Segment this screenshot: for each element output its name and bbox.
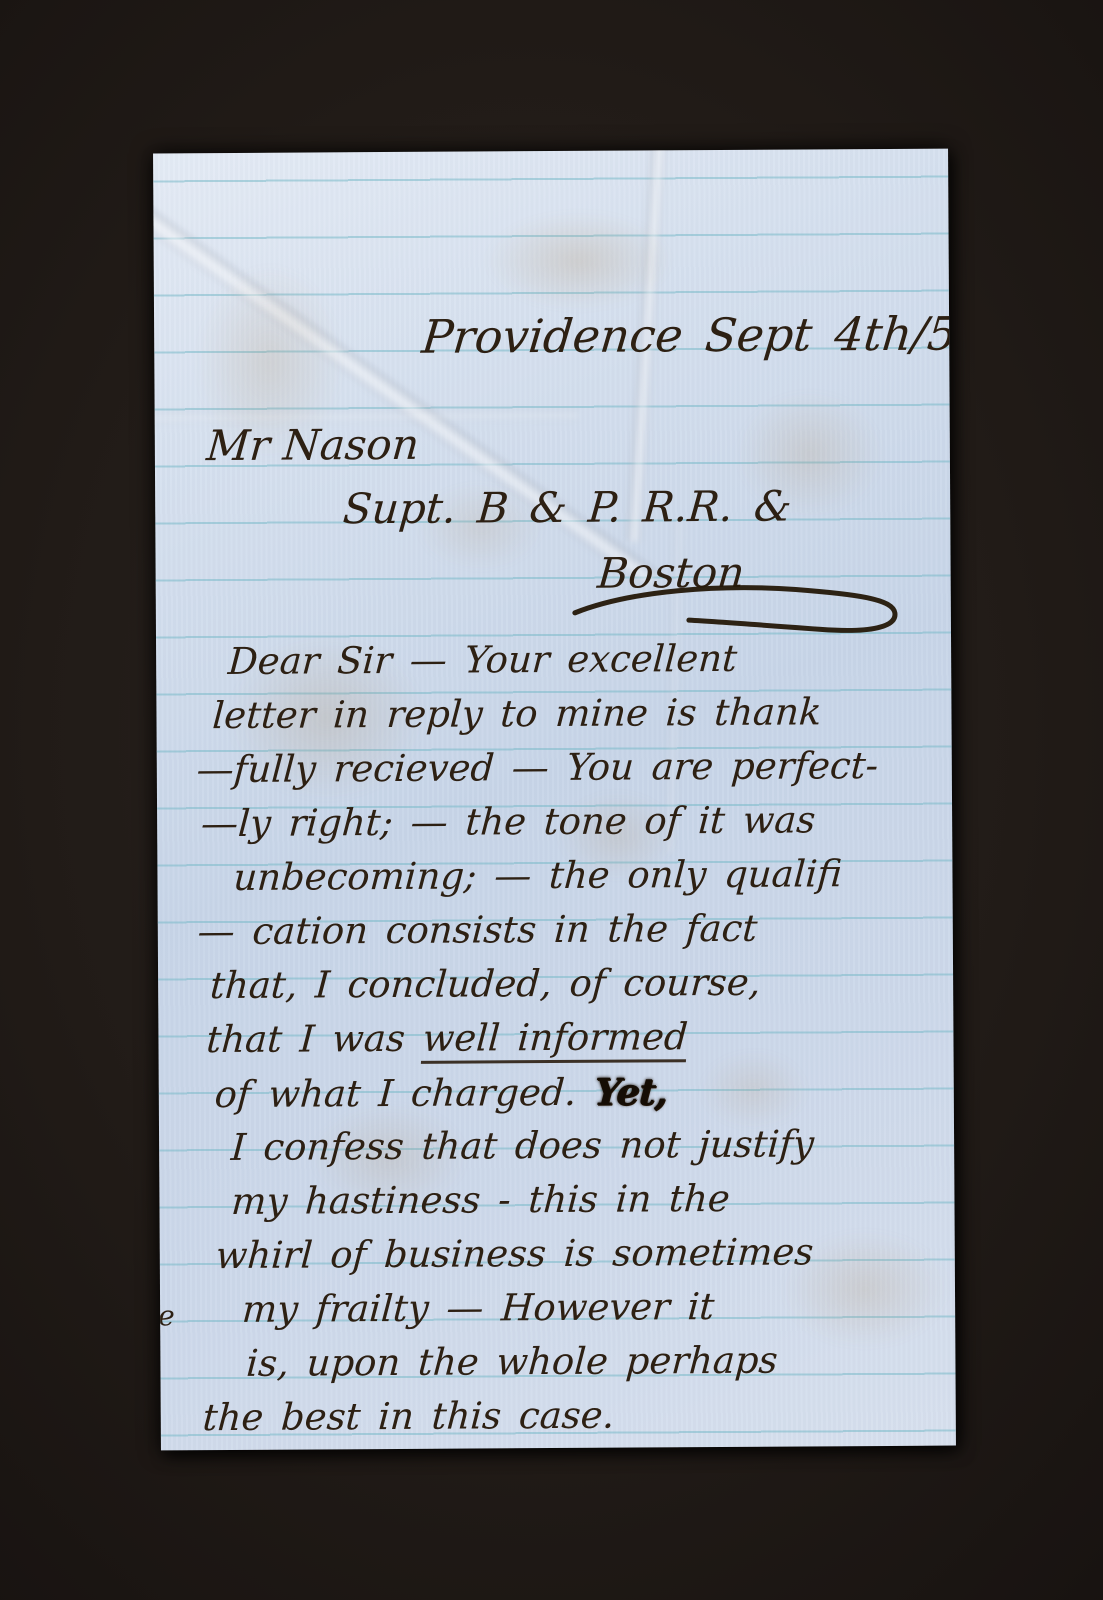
letter-page: Providence Sept 4th/57 Mr Nason Supt. B … <box>153 149 956 1451</box>
recipient-name: Mr Nason <box>205 420 421 470</box>
body-line: —ly right; — the tone of it was <box>195 793 941 852</box>
body-line-text: of what I charged. <box>213 1071 595 1116</box>
body-line: my hastiness - this in the <box>198 1171 944 1230</box>
photo-background: { "letter": { "dateline": "Providence Se… <box>0 0 1103 1600</box>
body-line: whirl of business is sometimes <box>198 1225 944 1284</box>
underlined-phrase: well informed <box>421 1015 689 1064</box>
stray-ink-mark: e <box>158 1299 175 1332</box>
body-line-text: that I was <box>205 1017 424 1061</box>
body-line: my frailty — However it <box>198 1279 944 1338</box>
body-line: that I was well informed <box>197 1009 943 1068</box>
body-line: the best in this case. <box>199 1387 945 1446</box>
body-line: of what I charged. Yet, <box>197 1063 943 1122</box>
recipient-title: Supt. B & P. R.R. & <box>341 482 793 534</box>
body-line: Dear Sir — Your excellent <box>194 631 940 690</box>
body-line: unbecoming; — the only qualifi <box>196 847 942 906</box>
dateline: Providence Sept 4th/57 <box>419 306 955 363</box>
body-line: that, I concluded, of course, <box>196 955 942 1014</box>
ink-showthrough-stain <box>483 210 674 311</box>
body-line: is, upon the whole perhaps <box>199 1333 945 1392</box>
letter-body: Dear Sir — Your excellent letter in repl… <box>196 631 944 1446</box>
body-line: I confess that does not justify <box>197 1117 943 1176</box>
ink-blot-word: Yet, <box>593 1069 669 1113</box>
body-line: letter in reply to mine is thank <box>195 685 941 744</box>
body-line: — cation consists in the fact <box>196 901 942 960</box>
body-line: —fully recieved — You are perfect- <box>195 739 941 798</box>
